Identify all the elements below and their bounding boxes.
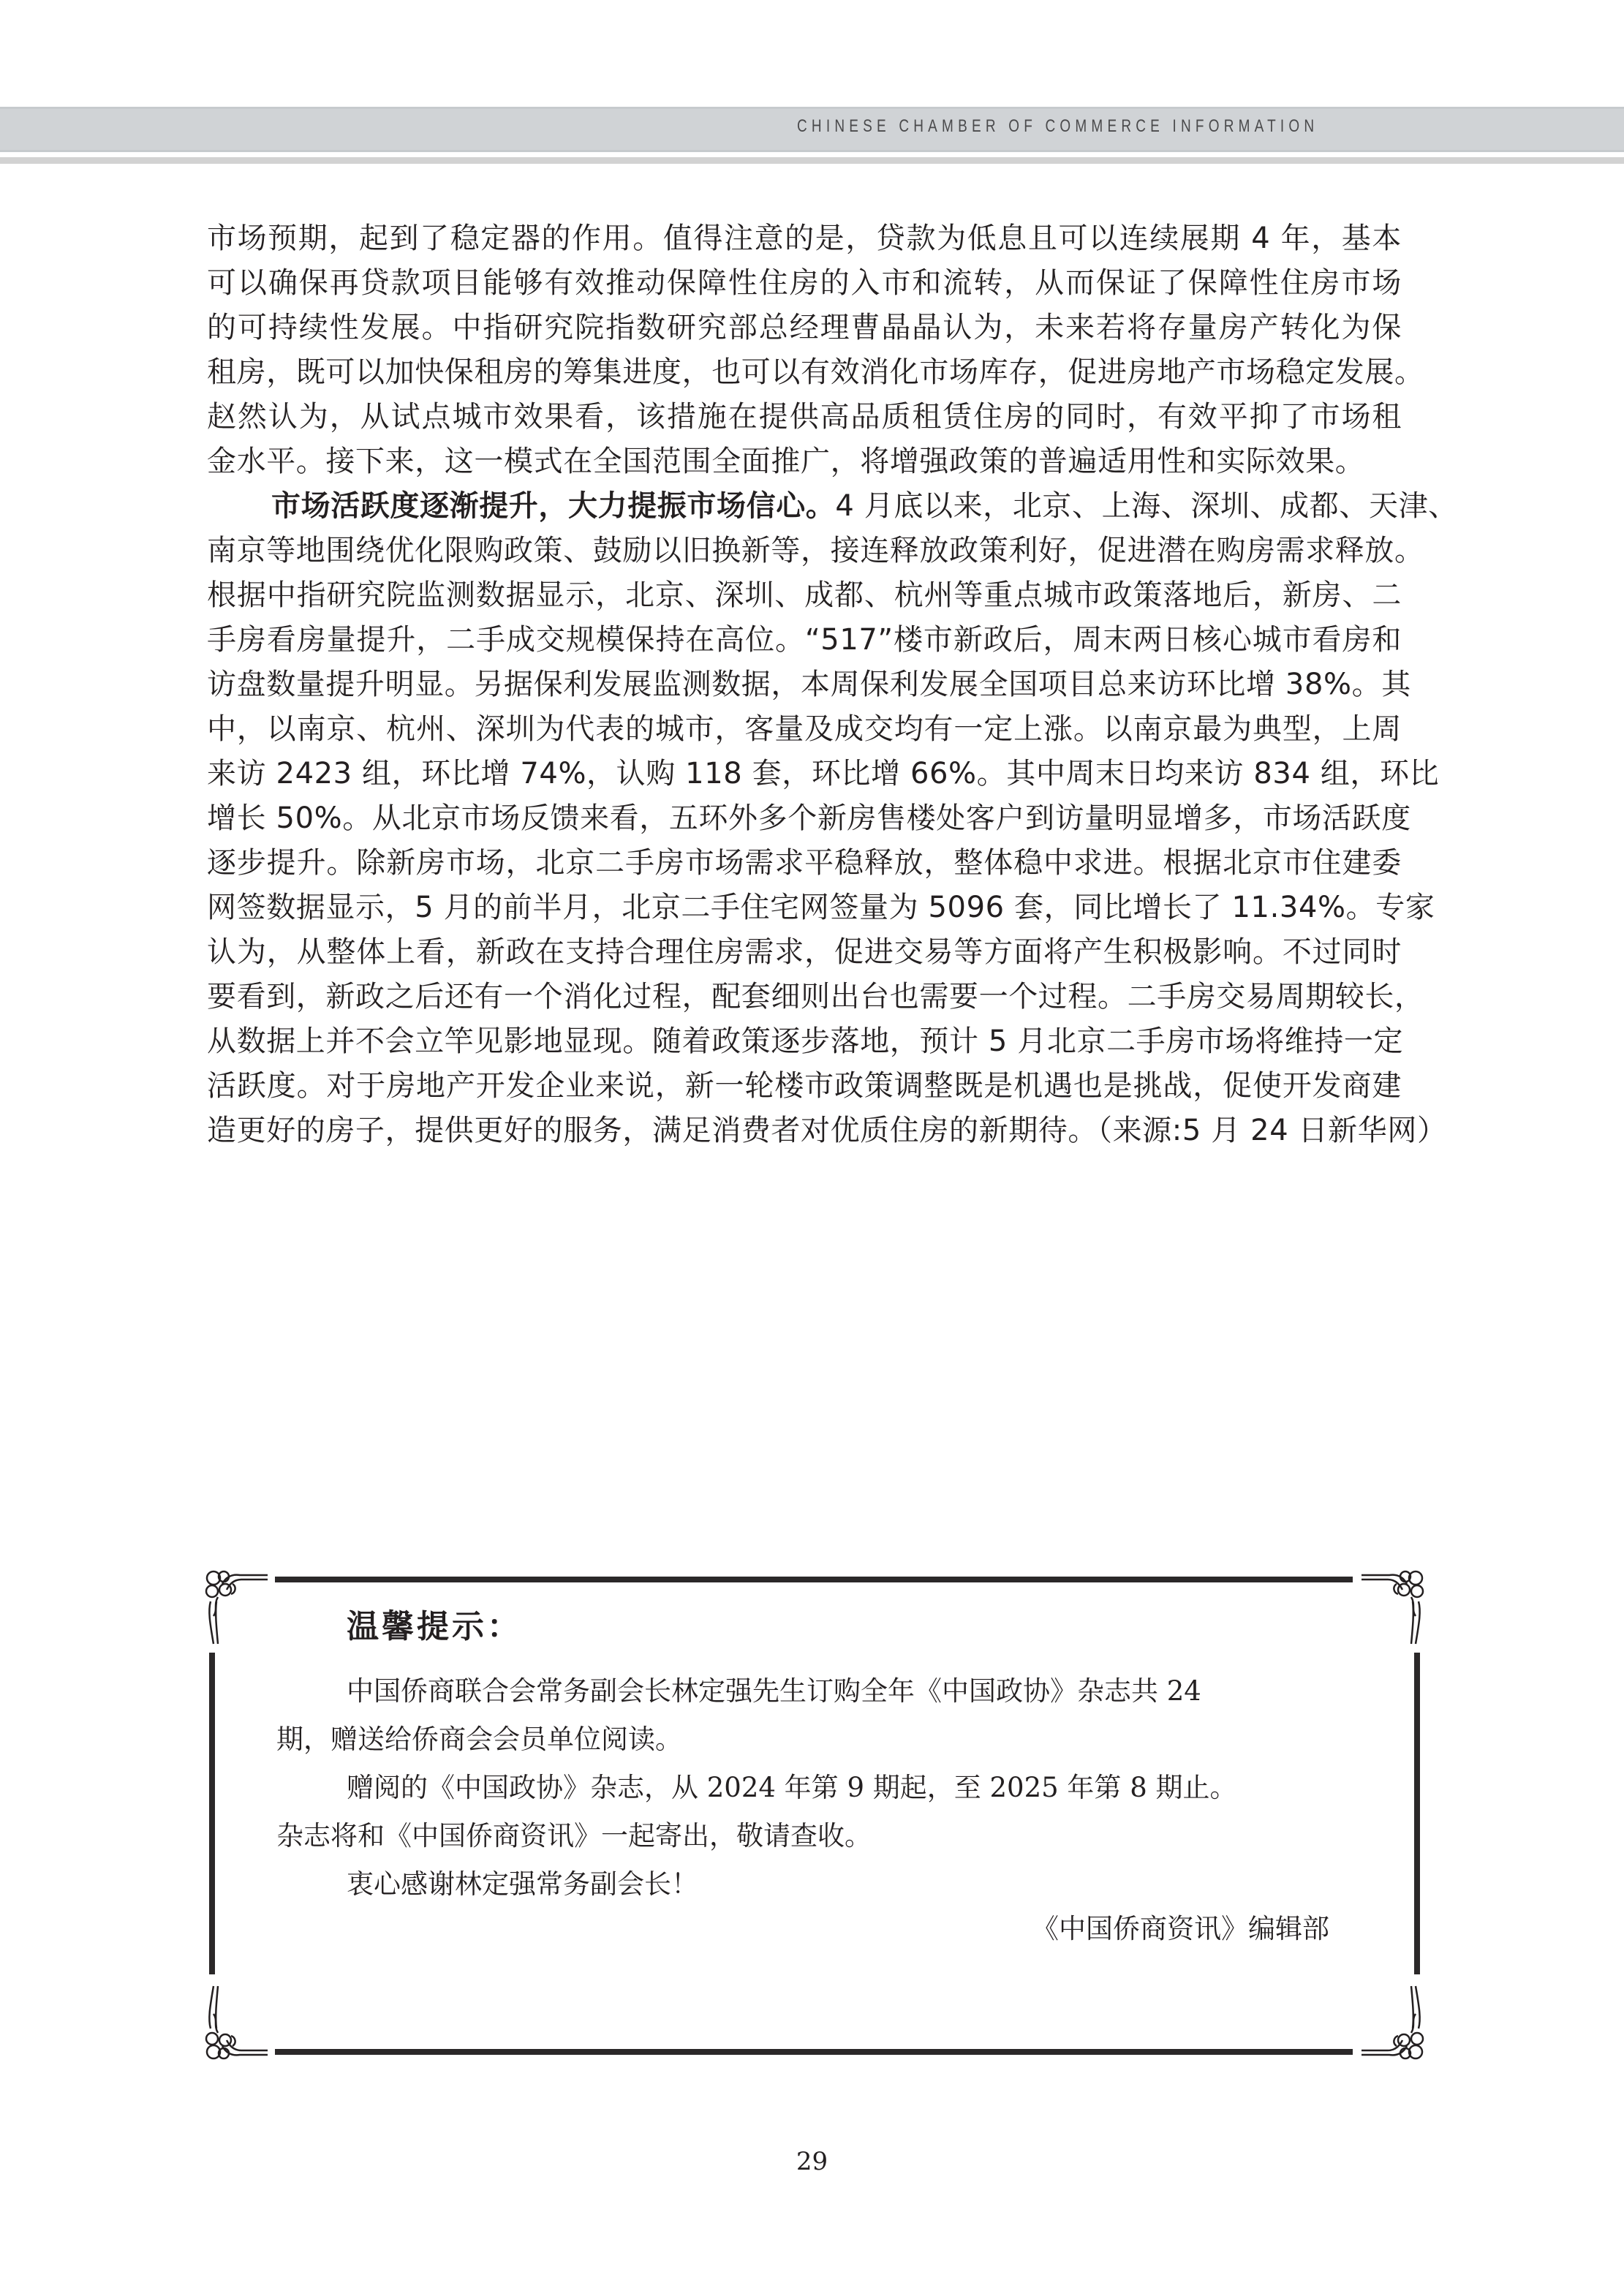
article-line: 可以确保再贷款项目能够有效推动保障性住房的入市和流转，从而保证了保障性住房市场 [207,261,1402,306]
article-line: 从数据上并不会立竿见影地显现。随着政策逐步落地，预计 5 月北京二手房市场将维持… [207,1019,1402,1064]
article-line: 认为，从整体上看，新政在支持合理住房需求，促进交易等方面将产生积极影响。不过同时 [207,930,1402,975]
paragraph-lead-line: 市场活跃度逐渐提升，大力提振市场信心。4 月底以来，北京、上海、深圳、成都、天津… [207,484,1402,529]
article-line: 手房看房量提升，二手成交规模保持在高位。“517”楼市新政后，周末两日核心城市看… [207,618,1402,663]
article-line: 增长 50%。从北京市场反馈来看，五环外多个新房售楼处客户到访量明显增多，市场活… [207,796,1402,841]
paragraph-heading: 市场活跃度逐渐提升，大力提振市场信心。 [271,489,835,523]
publication-title: CHINESE CHAMBER OF COMMERCE INFORMATION [797,117,1389,137]
article-body: 市场预期，起到了稳定器的作用。值得注意的是，贷款为低息且可以连续展期 4 年，基… [207,216,1402,1153]
notice-box: 温馨提示： 中国侨商联合会常务副会长林定强先生订购全年《中国政协》杂志共 24 … [203,1536,1426,2062]
notice-line: 衷心感谢林定强常务副会长！ [276,1860,1329,1909]
frame-right-rule [1414,1653,1420,1974]
article-line: 南京等地围绕优化限购政策、鼓励以旧换新等，接连释放政策利好，促进潜在购房需求释放… [207,529,1402,573]
notice-title: 温馨提示： [347,1600,522,1647]
notice-content: 中国侨商联合会常务副会长林定强先生订购全年《中国政协》杂志共 24 期，赠送给侨… [276,1667,1329,1950]
article-line: 来访 2423 组，环比增 74%，认购 118 套，环比增 66%。其中周末日… [207,752,1402,796]
article-line: 中，以南京、杭州、深圳为代表的城市，客量及成交均有一定上涨。以南京最为典型，上周 [207,707,1402,752]
ornament-corner-top-right-icon [1360,1568,1426,1648]
header-stripe [0,157,1624,164]
article-line: 的可持续性发展。中指研究院指数研究部总经理曹晶晶认为，未来若将存量房产转化为保 [207,306,1402,350]
notice-line: 杂志将和《中国侨商资讯》一起寄出，敬请查收。 [276,1812,1329,1860]
article-line: 访盘数量提升明显。另据保利发展监测数据，本周保利发展全国项目总来访环比增 38%… [207,663,1402,707]
page-number: 29 [0,2147,1624,2176]
article-line: 活跃度。对于房地产开发企业来说，新一轮楼市政策调整既是机遇也是挑战，促使开发商建 [207,1064,1402,1109]
ornament-corner-bottom-left-icon [203,1982,269,2062]
article-line: 要看到，新政之后还有一个消化过程，配套细则出台也需要一个过程。二手房交易周期较长… [207,975,1402,1019]
frame-bottom-rule [275,2049,1353,2055]
article-line: 市场预期，起到了稳定器的作用。值得注意的是，贷款为低息且可以连续展期 4 年，基… [207,216,1402,261]
notice-line: 期，赠送给侨商会会员单位阅读。 [276,1716,1329,1764]
article-line: 赵然认为，从试点城市效果看，该措施在提供高品质租赁住房的同时，有效平抑了市场租 [207,395,1402,439]
article-line: 租房，既可以加快保租房的筹集进度，也可以有效消化市场库存，促进房地产市场稳定发展… [207,350,1402,395]
article-line: 逐步提升。除新房市场，北京二手房市场需求平稳释放，整体稳中求进。根据北京市住建委 [207,841,1402,886]
notice-line: 赠阅的《中国政协》杂志，从 2024 年第 9 期起，至 2025 年第 8 期… [276,1764,1329,1812]
frame-left-rule [209,1653,215,1974]
article-line-text: 造更好的房子，提供更好的服务，满足消费者对优质住房的新期待。 [207,1114,1098,1147]
article-last-line: 造更好的房子，提供更好的服务，满足消费者对优质住房的新期待。（来源:5 月 24… [207,1109,1402,1153]
source-citation: （来源:5 月 24 日新华网） [1098,1114,1447,1147]
paragraph-lead-text: 4 月底以来，北京、上海、深圳、成都、天津、 [835,489,1457,523]
article-line: 网签数据显示，5 月的前半月，北京二手住宅网签量为 5096 套，同比增长了 1… [207,886,1402,930]
article-line: 根据中指研究院监测数据显示，北京、深圳、成都、杭州等重点城市政策落地后，新房、二 [207,573,1402,618]
article-line: 金水平。接下来，这一模式在全国范围全面推广，将增强政策的普遍适用性和实际效果。 [207,439,1402,484]
notice-signature: 《中国侨商资讯》编辑部 [276,1909,1329,1950]
ornament-corner-top-left-icon [203,1568,269,1648]
frame-top-rule [275,1577,1353,1582]
notice-line: 中国侨商联合会常务副会长林定强先生订购全年《中国政协》杂志共 24 [276,1667,1329,1716]
ornament-corner-bottom-right-icon [1360,1982,1426,2062]
